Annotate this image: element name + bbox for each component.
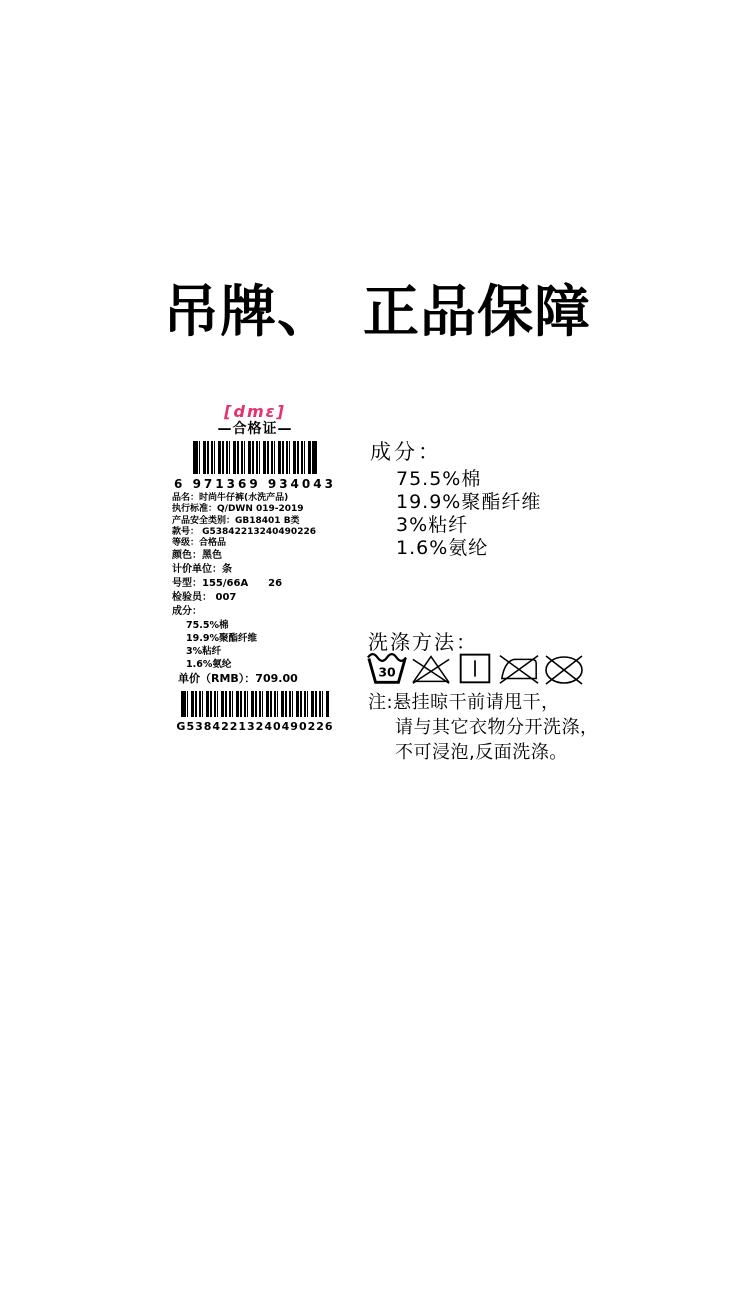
composition-item: 1.6%氨纶	[396, 537, 541, 560]
washing-note-line: 请与其它衣物分开洗涤，	[368, 715, 599, 740]
composition-heading: 成分：	[370, 436, 442, 466]
wash-temp-label: 30	[378, 665, 396, 680]
tag-info-row: 检验员： 007	[172, 591, 338, 605]
tag-info-row: 成分：	[172, 605, 338, 619]
tag-info-row: 颜色：黑色	[172, 549, 338, 563]
barcode-bottom-bars	[181, 691, 329, 717]
product-detail-image: 吊牌、 正品保障 [dmɛ] —合格证— 6 971369 934043 品名：…	[0, 0, 750, 1300]
composition-item: 19.9%聚酯纤维	[396, 491, 541, 514]
tag-info-row: 执行标准：Q/DWN 019-2019	[172, 504, 338, 515]
tag-info-row: 等级：合格品	[172, 538, 338, 549]
composition-list: 75.5%棉 19.9%聚酯纤维 3%粘纤 1.6%氨纶	[396, 468, 541, 560]
brand-logo: [dmɛ]	[172, 404, 338, 420]
tag-composition-row: 75.5%棉	[172, 619, 338, 632]
do-not-dry-clean-icon	[542, 650, 586, 686]
tag-info-list: 品名：时尚牛仔裤(水洗产品) 执行标准：Q/DWN 019-2019 产品安全类…	[172, 493, 338, 686]
drip-dry-icon	[454, 650, 496, 686]
page-title: 吊牌、 正品保障	[163, 268, 643, 348]
barcode-top: 6 971369 934043	[172, 441, 338, 490]
barcode-top-number: 6 971369 934043	[172, 478, 338, 490]
composition-item: 3%粘纤	[396, 514, 541, 537]
tag-composition-row: 3%粘纤	[172, 645, 338, 658]
care-icon-row: 30	[366, 650, 586, 686]
certificate-label: —合格证—	[172, 421, 338, 437]
washing-note-line: 注:悬挂晾干前请甩干，	[368, 690, 599, 715]
tag-info-row: 号型：155/66A 26	[172, 577, 338, 591]
tag-info-row: 品名：时尚牛仔裤(水洗产品)	[172, 493, 338, 504]
barcode-top-bars	[193, 441, 317, 474]
tag-info-row: 款号： G53842213240490226	[172, 527, 338, 538]
machine-wash-30-icon: 30	[366, 650, 408, 686]
hang-tag: [dmɛ] —合格证— 6 971369 934043 品名：时尚牛仔裤(水洗产…	[172, 404, 338, 733]
washing-note: 注:悬挂晾干前请甩干， 请与其它衣物分开洗涤， 不可浸泡,反面洗涤。	[368, 690, 599, 765]
tag-composition-row: 19.9%聚酯纤维	[172, 632, 338, 645]
do-not-bleach-icon	[410, 650, 452, 686]
tag-info-row: 计价单位：条	[172, 563, 338, 577]
tag-price-row: 单价（RMB）：709.00	[172, 671, 338, 686]
washing-note-line: 不可浸泡,反面洗涤。	[368, 740, 599, 765]
do-not-iron-icon	[498, 650, 540, 686]
tag-composition-row: 1.6%氨纶	[172, 658, 338, 671]
composition-item: 75.5%棉	[396, 468, 541, 491]
barcode-bottom-number: G53842213240490226	[172, 721, 338, 733]
barcode-bottom: G53842213240490226	[172, 691, 338, 733]
tag-info-row: 产品安全类别：GB18401 B类	[172, 516, 338, 527]
